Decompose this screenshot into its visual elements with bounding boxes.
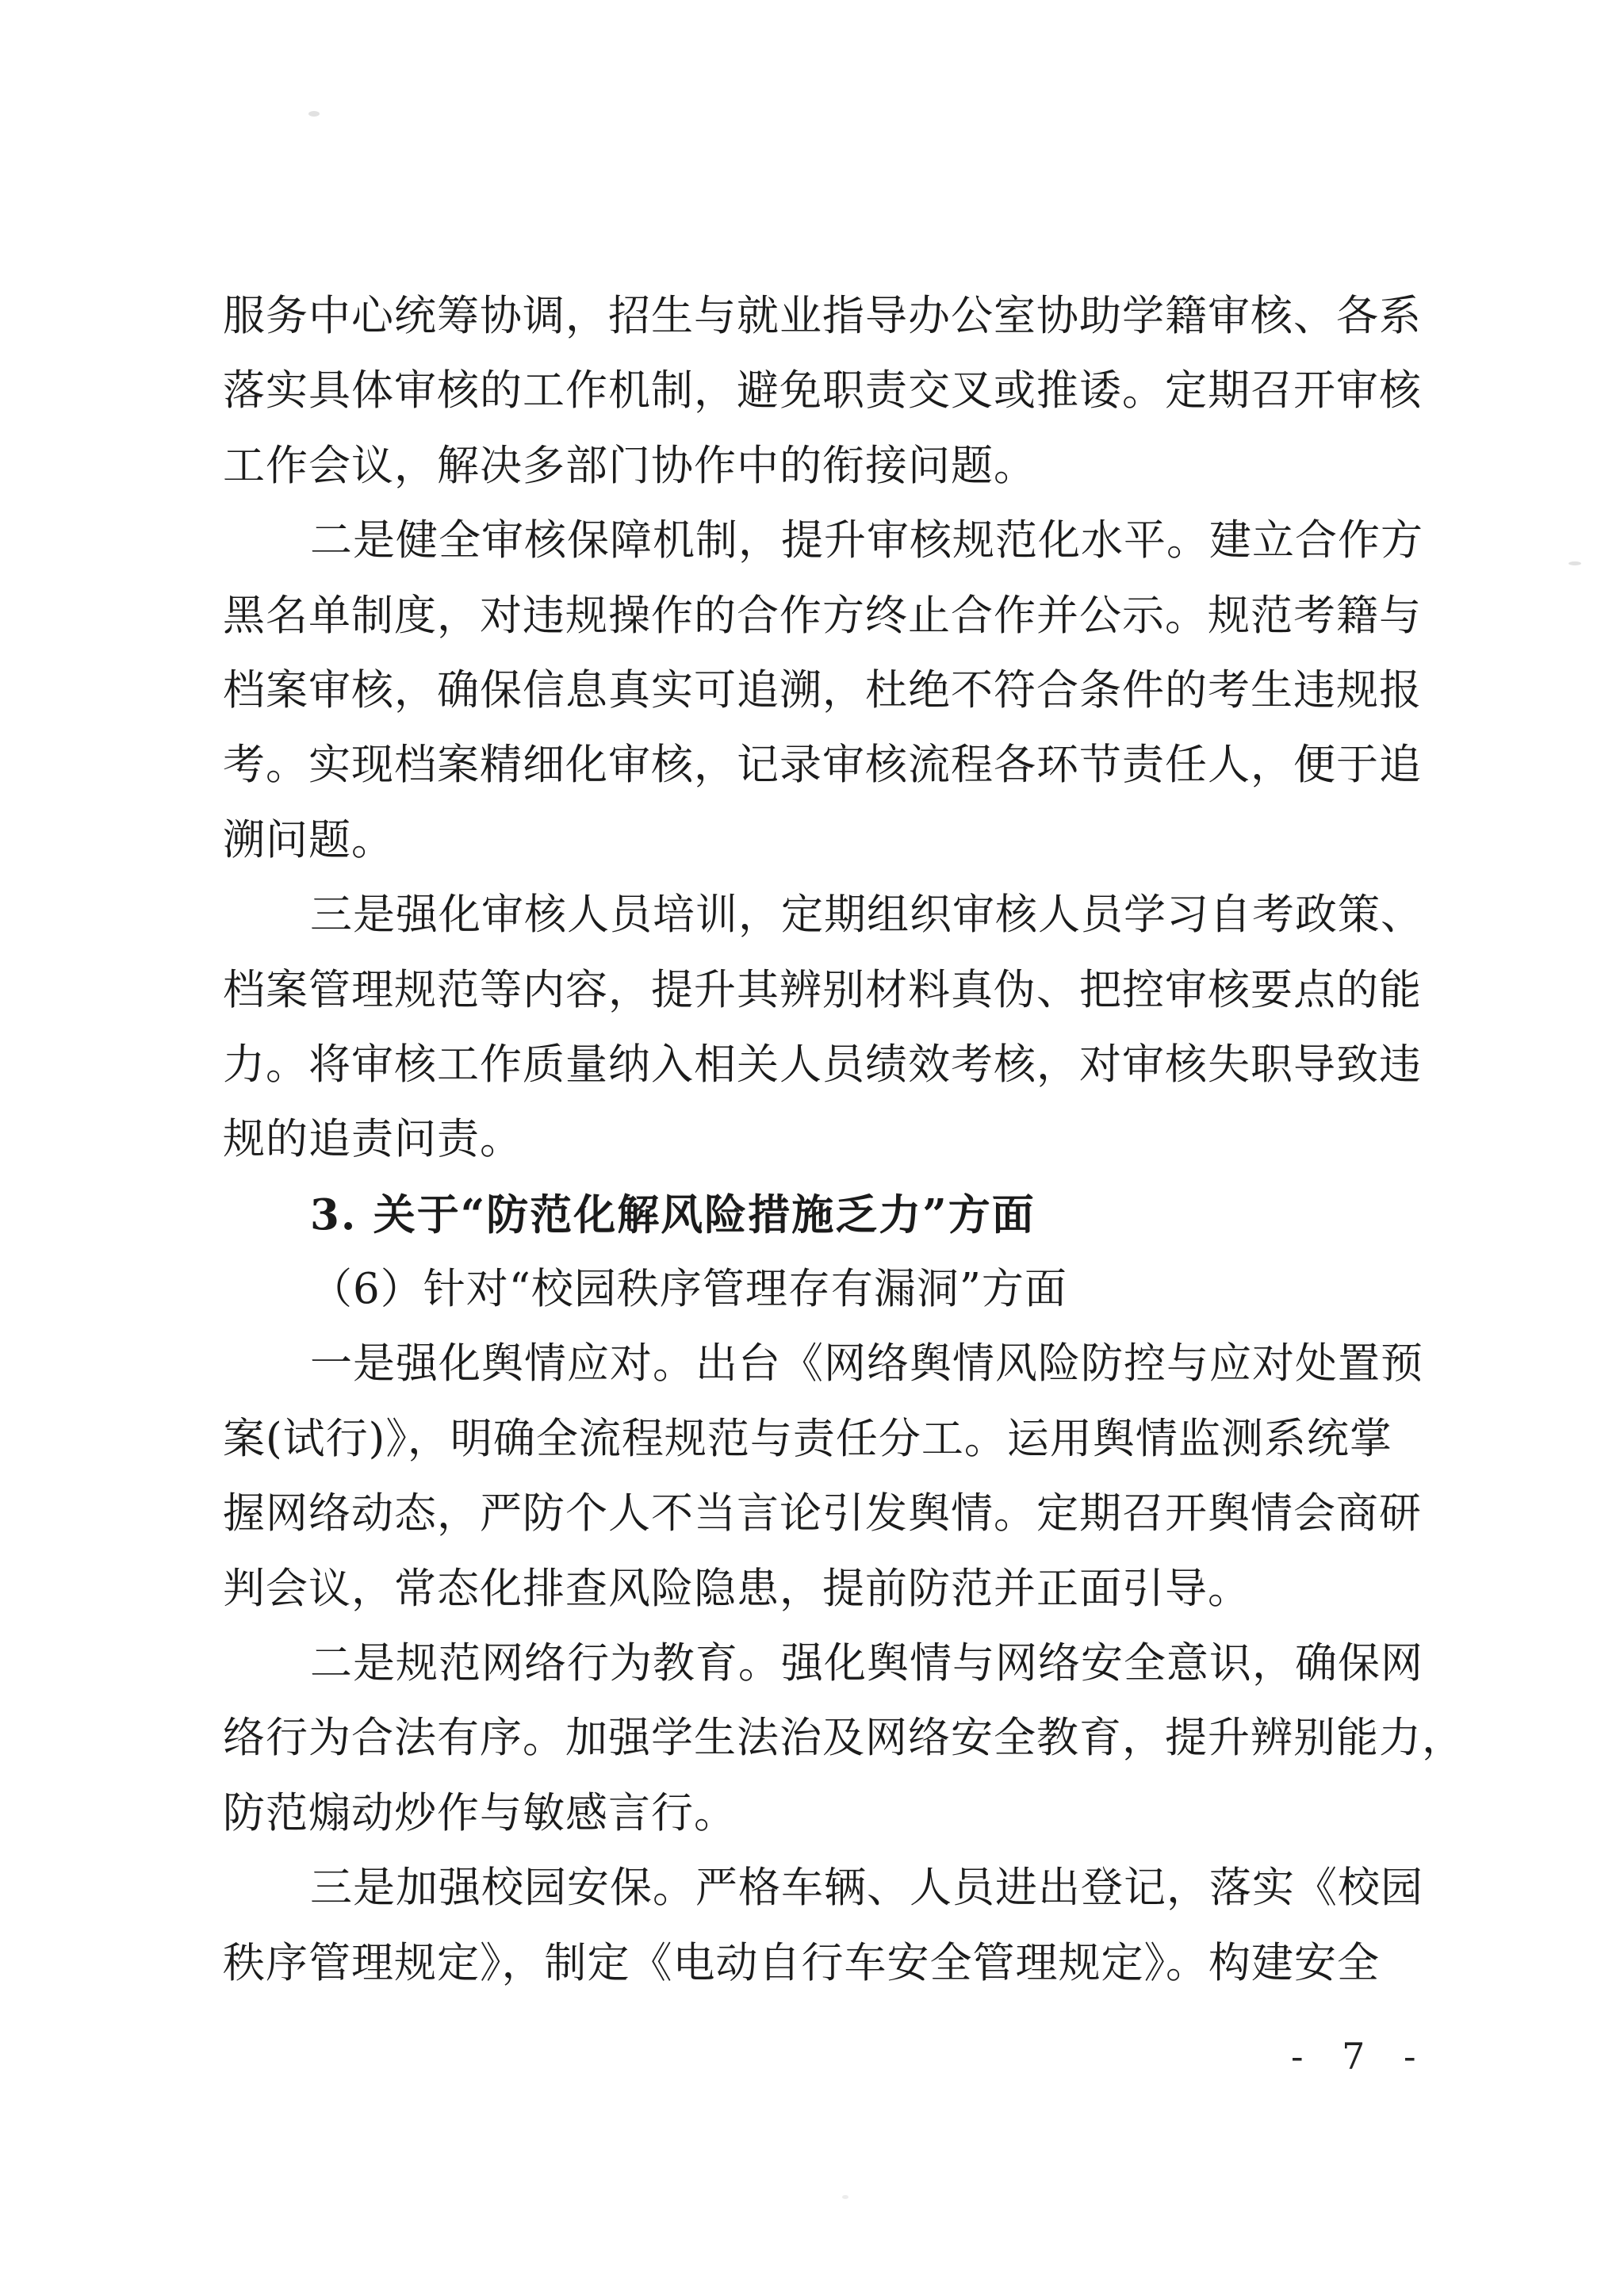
subsection-heading: （6）针对“校园秩序管理存有漏洞”方面: [223, 1252, 1428, 1327]
text-line: 二是健全审核保障机制，提升审核规范化水平。建立合作方: [223, 504, 1428, 578]
text-line: 三是加强校园安保。严格车辆、人员进出登记，落实《校园: [223, 1851, 1428, 1925]
text-line: 规的追责问责。: [223, 1102, 1428, 1177]
text-line: 溯问题。: [223, 803, 1428, 878]
body-text: 服务中心统筹协调，招生与就业指导办公室协助学籍审核、各系 落实具体审核的工作机制…: [223, 279, 1428, 2001]
text-line: 络行为合法有序。加强学生法治及网络安全教育，提升辨别能力，: [223, 1701, 1428, 1776]
page-number: - 7 -: [1291, 2035, 1427, 2078]
text-line: 案(试行)》，明确全流程规范与责任分工。运用舆情监测系统掌: [223, 1402, 1428, 1477]
text-line: 秩序管理规定》，制定《电动自行车安全管理规定》。构建安全: [223, 1926, 1428, 2001]
text-line: 防范煽动炒作与敏感言行。: [223, 1776, 1428, 1851]
scan-artifact: [308, 111, 320, 117]
text-line: 工作会议，解决多部门协作中的衔接问题。: [223, 429, 1428, 504]
text-line: 服务中心统筹协调，招生与就业指导办公室协助学籍审核、各系: [223, 279, 1428, 354]
document-page: 服务中心统筹协调，招生与就业指导办公室协助学籍审核、各系 落实具体审核的工作机制…: [0, 0, 1624, 2295]
text-line: 落实具体审核的工作机制，避免职责交叉或推诿。定期召开审核: [223, 354, 1428, 428]
text-line: 三是强化审核人员培训，定期组织审核人员学习自考政策、: [223, 878, 1428, 952]
scan-artifact: [842, 2195, 848, 2199]
text-line: 档案管理规范等内容，提升其辨别材料真伪、把控审核要点的能: [223, 953, 1428, 1028]
text-line: 力。将审核工作质量纳入相关人员绩效考核，对审核失职导致违: [223, 1028, 1428, 1102]
text-line: 档案审核，确保信息真实可追溯，杜绝不符合条件的考生违规报: [223, 653, 1428, 728]
text-line: 一是强化舆情应对。出台《网络舆情风险防控与应对处置预: [223, 1327, 1428, 1401]
text-line: 二是规范网络行为教育。强化舆情与网络安全意识，确保网: [223, 1626, 1428, 1701]
text-line: 握网络动态，严防个人不当言论引发舆情。定期召开舆情会商研: [223, 1477, 1428, 1551]
text-line: 考。实现档案精细化审核，记录审核流程各环节责任人，便于追: [223, 728, 1428, 803]
text-line: 黑名单制度，对违规操作的合作方终止合作并公示。规范考籍与: [223, 579, 1428, 653]
scan-artifact: [1568, 561, 1581, 565]
text-line: 判会议，常态化排查风险隐患，提前防范并正面引导。: [223, 1552, 1428, 1626]
section-heading: 3. 关于“防范化解风险措施乏力”方面: [223, 1178, 1428, 1252]
